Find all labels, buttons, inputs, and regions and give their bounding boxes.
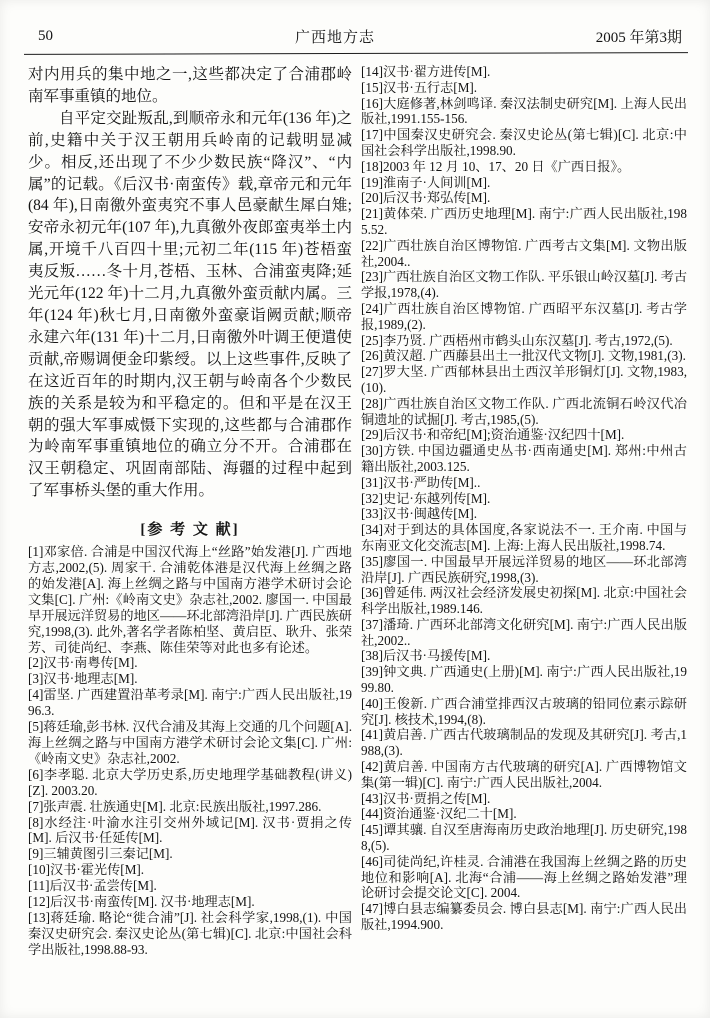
reference-entry: [4]雷坚. 广西建置沿革考录[M]. 南宁:广西人民出版社,1996.3. xyxy=(28,687,352,719)
reference-entry: [30]方铁. 中国边疆通史丛书·西南通史[M]. 郑州:中州古籍出版社,200… xyxy=(361,443,687,475)
reference-entry: [29]后汉书·和帝纪[M];资治通鉴·汉纪四十[M]. xyxy=(361,427,687,443)
reference-entry: [15]汉书·五行志[M]. xyxy=(361,80,687,96)
reference-entry: [23]广西壮族自治区文物工作队. 平乐银山岭汉墓[J]. 考古学报,1978,… xyxy=(361,269,687,301)
reference-entry: [20]后汉书·郑弘传[M]. xyxy=(361,190,687,206)
reference-entry: [24]广西壮族自治区博物馆. 广西昭平东汉墓[J]. 考古学报,1989,(2… xyxy=(361,301,687,333)
reference-entry: [46]司徒尚纪,许桂灵. 合浦港在我国海上丝绸之路的历史地位和影响[A]. 北… xyxy=(361,854,687,901)
journal-title: 广西地方志 xyxy=(128,26,542,47)
reference-entry: [5]蒋廷瑜,彭书林. 汉代合浦及其海上交通的几个问题[A]. 海上丝绸之路与中… xyxy=(28,719,352,767)
running-head: 50 广西地方志 2005 年第3期 xyxy=(26,24,686,48)
reference-entry: [40]王俊新. 广西合浦堂排西汉古玻璃的铅同位素示踪研究[J]. 核技术,19… xyxy=(361,696,687,728)
reference-entry: [26]黄汉超. 广西藤县出土一批汉代文物[J]. 文物,1981,(3). xyxy=(361,348,687,364)
reference-entry: [39]钟文典. 广西通史(上册)[M]. 南宁:广西人民出版社,1999.80… xyxy=(361,664,687,696)
reference-entry: [35]廖国一. 中国最早开展远洋贸易的地区——环北部湾沿岸[J]. 广西民族研… xyxy=(361,554,687,586)
reference-entry: [41]黄启善. 广西古代玻璃制品的发现及其研究[J]. 考古,1988,(3)… xyxy=(361,727,687,759)
reference-entry: [1]邓家倍. 合浦是中国汉代海上“丝路”始发港[J]. 广西地方志,2002,… xyxy=(28,544,352,655)
reference-entry: [10]汉书·霍光传[M]. xyxy=(28,862,352,878)
reference-entry: [14]汉书·翟方进传[M]. xyxy=(361,64,687,80)
reference-entry: [17]中国秦汉史研究会. 秦汉史论丛(第七辑)[C]. 北京:中国社会科学出版… xyxy=(361,127,687,159)
reference-entry: [37]潘琦. 广西环北部湾文化研究[M]. 南宁:广西人民出版社,2002.. xyxy=(361,617,687,649)
reference-entry: [21]黄体荣. 广西历史地理[M]. 南宁:广西人民出版社,1985.52. xyxy=(361,206,687,238)
left-column: 对内用兵的集中地之一,这些都决定了合浦郡岭南军事重镇的地位。 自平定交趾叛乱,到… xyxy=(28,64,352,958)
reference-entry: [2]汉书·南粤传[M]. xyxy=(28,655,352,671)
references-heading: [参 考 文 献] xyxy=(28,518,352,539)
right-column: [14]汉书·翟方进传[M].[15]汉书·五行志[M].[16]大庭修著,林剑… xyxy=(361,64,687,933)
reference-entry: [12]后汉书·南蛮传[M]. 汉书·地理志[M]. xyxy=(28,894,352,910)
reference-entry: [13]蒋廷瑜. 略论“徙合浦”[J]. 社会科学家,1998,(1). 中国秦… xyxy=(28,910,352,958)
reference-entry: [32]史记·东越列传[M]. xyxy=(361,491,687,507)
reference-entry: [45]谭其骧. 自汉至唐海南历史政治地理[J]. 历史研究,1988,(5). xyxy=(361,822,687,854)
reference-entry: [9]三辅黄图引三秦记[M]. xyxy=(28,846,352,862)
reference-entry: [33]汉书·闽越传[M]. xyxy=(361,506,687,522)
reference-entry: [11]后汉书·孟尝传[M]. xyxy=(28,878,352,894)
reference-entry: [31]汉书·严助传[M].. xyxy=(361,475,687,491)
header-rule xyxy=(24,52,688,55)
body-paragraph: 对内用兵的集中地之一,这些都决定了合浦郡岭南军事重镇的地位。 xyxy=(28,64,352,108)
reference-entry: [3]汉书·地理志[M]. xyxy=(28,671,352,687)
reference-entry: [43]汉书·贾捐之传[M]. xyxy=(361,791,687,807)
journal-page: 50 广西地方志 2005 年第3期 对内用兵的集中地之一,这些都决定了合浦郡岭… xyxy=(0,0,710,1018)
reference-entry: [6]李孝聪. 北京大学历史系,历史地理学基础教程(讲义)[Z]. 2003.2… xyxy=(28,767,352,799)
reference-entry: [36]曾延伟. 两汉社会经济发展史初探[M]. 北京:中国社会科学出版社,19… xyxy=(361,585,687,617)
reference-entry: [38]后汉书·马援传[M]. xyxy=(361,648,687,664)
reference-entry: [34]对于到达的具体国度,各家说法不一. 王介南. 中国与东南亚文化交流志[M… xyxy=(361,522,687,554)
reference-entry: [28]广西壮族自治区文物工作队. 广西北流铜石岭汉代冶铜遗址的试掘[J]. 考… xyxy=(361,396,687,428)
reference-entry: [8]水经注·叶渝水注引交州外域记[M]. 汉书·贾捐之传[M]. 后汉书·任延… xyxy=(28,815,352,847)
reference-entry: [7]张声震. 壮族通史[M]. 北京:民族出版社,1997.286. xyxy=(28,799,352,815)
reference-entry: [44]资治通鉴·汉纪二十[M]. xyxy=(361,806,687,822)
reference-entry: [47]博白县志编纂委员会. 博白县志[M]. 南宁:广西人民出版社,1994.… xyxy=(361,901,687,933)
reference-entry: [27]罗大坚. 广西郁林县出土西汉羊形铜灯[J]. 文物,1983,(10). xyxy=(361,364,687,396)
issue-label: 2005 年第3期 xyxy=(542,26,686,47)
reference-list-left: [1]邓家倍. 合浦是中国汉代海上“丝路”始发港[J]. 广西地方志,2002,… xyxy=(28,544,352,958)
page-number: 50 xyxy=(26,28,128,45)
reference-entry: [42]黄启善. 中国南方古代玻璃的研究[A]. 广西博物馆文集(第一辑)[C]… xyxy=(361,759,687,791)
reference-entry: [22]广西壮族自治区博物馆. 广西考古文集[M]. 文物出版社,2004.. xyxy=(361,238,687,270)
reference-entry: [19]淮南子·人间训[M]. xyxy=(361,175,687,191)
reference-entry: [25]李乃贤. 广西梧州市鹤头山东汉墓[J]. 考古,1972,(5). xyxy=(361,333,687,349)
reference-list-right: [14]汉书·翟方进传[M].[15]汉书·五行志[M].[16]大庭修著,林剑… xyxy=(361,64,687,933)
body-paragraph: 自平定交趾叛乱,到顺帝永和元年(136 年)之前,史籍中关于汉王朝用兵岭南的记载… xyxy=(28,108,352,502)
reference-entry: [18]2003 年 12 月 10、17、20 日《广西日报》。 xyxy=(361,159,687,175)
reference-entry: [16]大庭修著,林剑鸣译. 秦汉法制史研究[M]. 上海人民出版社,1991.… xyxy=(361,96,687,128)
